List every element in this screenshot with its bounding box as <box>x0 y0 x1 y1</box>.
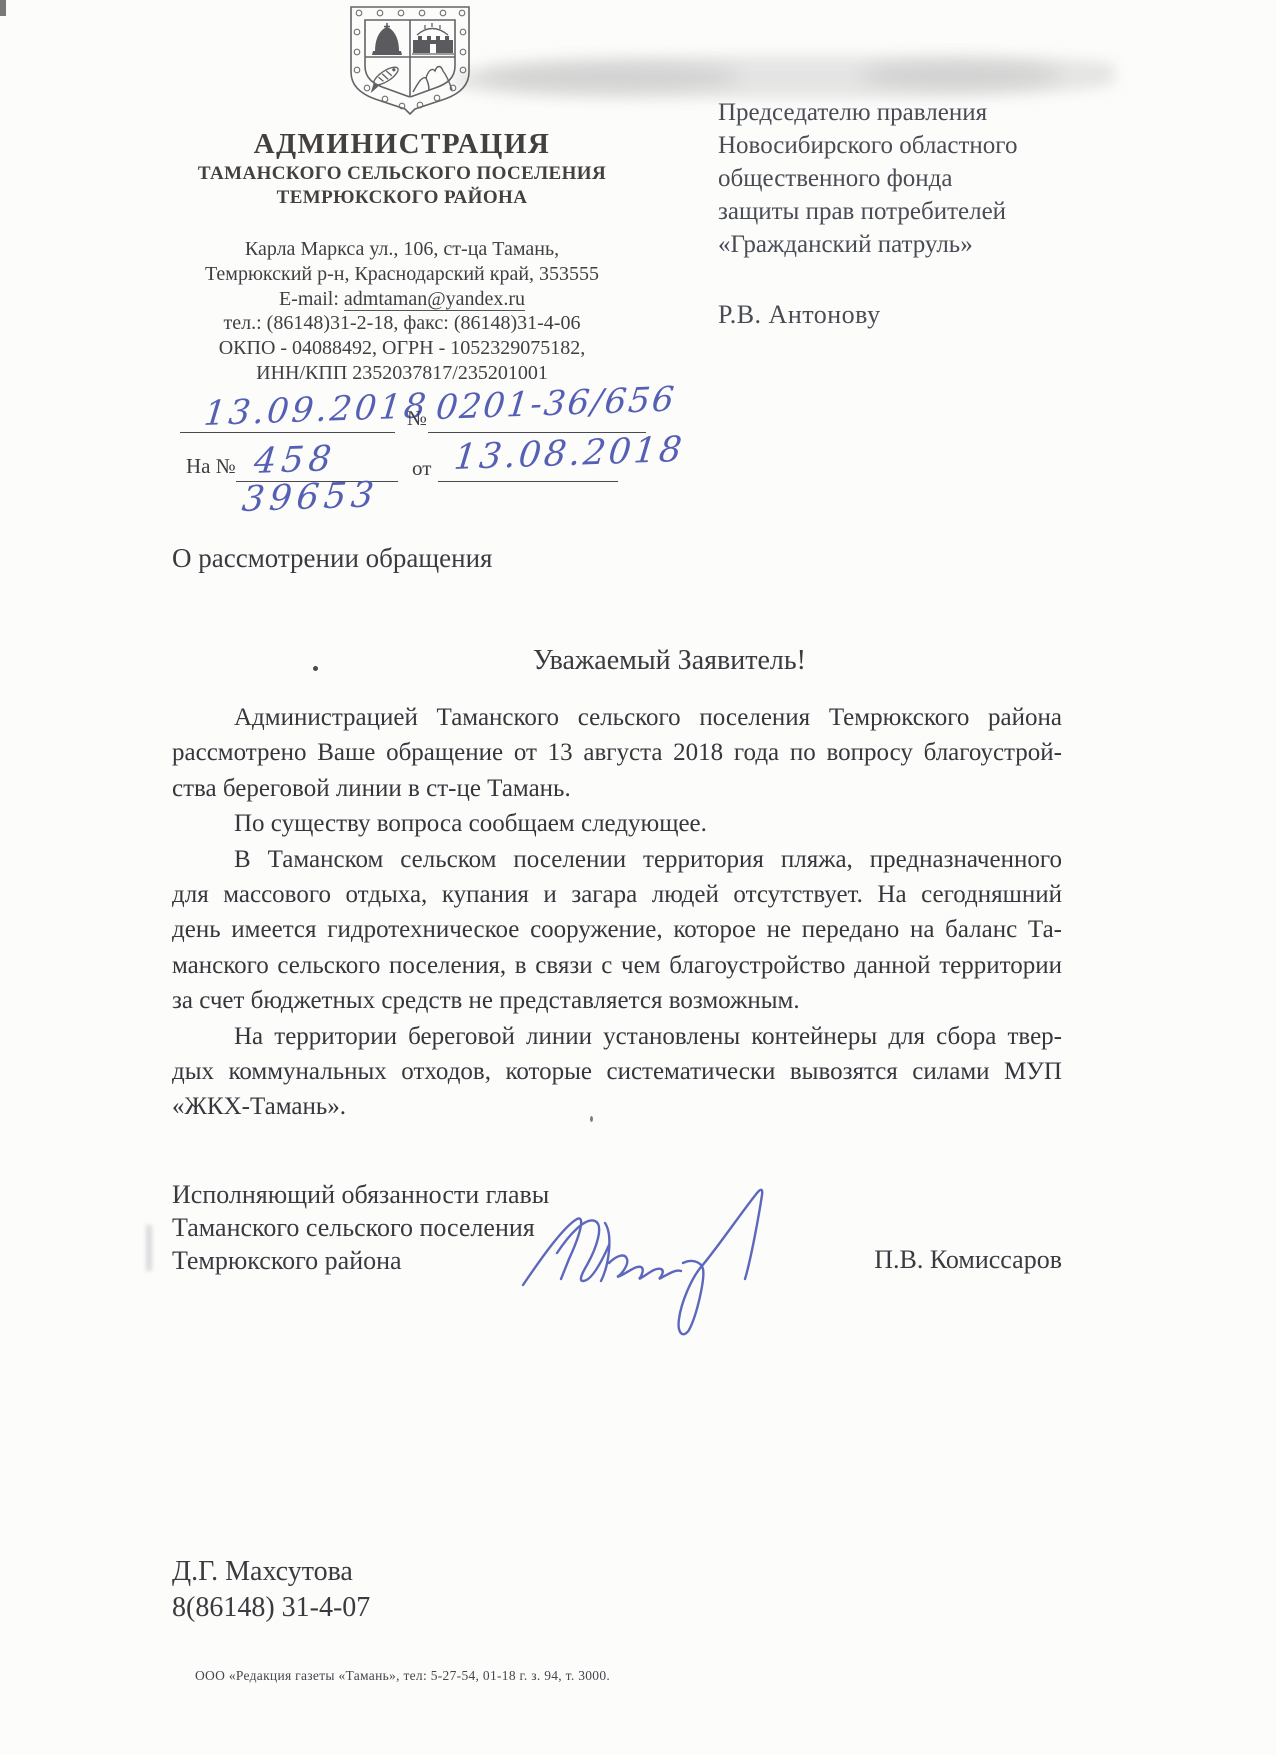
recipient-line: Председателю правления <box>718 96 1138 129</box>
email-label: E-mail: <box>279 288 344 310</box>
org-contact-block: Карла Маркса ул., 106, ст-ца Тамань, Тем… <box>152 237 652 386</box>
reply-date-handwritten: 13.08.2018 <box>452 430 686 478</box>
scan-artifact-nib <box>0 0 6 16</box>
salutation: Уважаемый Заявитель! <box>533 645 806 677</box>
scanned-letter-page: АДМИНИСТРАЦИЯ ТАМАНСКОГО СЕЛЬСКОГО ПОСЕЛ… <box>0 0 1276 1755</box>
emblem-dome <box>372 23 402 55</box>
body-line: ства береговой линии в ст-це Тамань. <box>172 771 1062 806</box>
org-phone-line: тел.: (86148)31-2-18, факс: (86148)31-4-… <box>152 311 652 336</box>
scan-artifact-dot <box>313 666 318 671</box>
body-line: день имеется гидротехническое сооружение… <box>172 912 1062 947</box>
recipient-block: Председателю правленияНовосибирского обл… <box>718 96 1138 261</box>
addressee-name: Р.В. Антонову <box>718 300 881 330</box>
org-email-line: E-mail: admtaman@yandex.ru <box>152 287 652 312</box>
org-address-line2: Темрюкский р-н, Краснодарский край, 3535… <box>152 262 652 287</box>
body-line: дых коммунальных отходов, которые систем… <box>172 1054 1062 1089</box>
recipient-line: общественного фонда <box>718 162 1138 195</box>
from-label: от <box>412 456 431 481</box>
blue-ink-signature-icon <box>505 1175 805 1340</box>
body-paragraphs: Администрацией Таманского сельского посе… <box>172 700 1062 1125</box>
recipient-line: «Гражданский патруль» <box>718 228 1138 261</box>
org-okpo-line: ОКПО - 04088492, ОГРН - 1052329075182, <box>152 336 652 361</box>
scan-artifact-band <box>480 62 740 92</box>
body-line: манского сельского поселения, в связи с … <box>172 948 1062 983</box>
executor-phone: 8(86148) 31-4-07 <box>172 1592 370 1624</box>
emblem-fortress <box>412 23 454 54</box>
body-line: По существу вопроса сообщаем следующее. <box>172 806 1062 841</box>
subject-line: О рассмотрении обращения <box>172 543 492 574</box>
recipient-line: защиты прав потребителей <box>718 195 1138 228</box>
incoming-number-handwritten: 39653 <box>240 475 380 520</box>
body-line: за счет бюджетных средств не представляе… <box>172 983 1062 1018</box>
org-name-line1: АДМИНИСТРАЦИЯ <box>152 128 652 161</box>
date-underline <box>180 432 395 433</box>
reply-to-label: На № <box>186 454 236 479</box>
signer-name: П.В. Комиссаров <box>842 1245 1062 1275</box>
reply-date-underline <box>438 481 618 482</box>
org-name-line3: ТЕМРЮКСКОГО РАЙОНА <box>152 187 652 209</box>
email-value: admtaman@yandex.ru <box>344 288 525 311</box>
recipient-line: Новосибирского областного <box>718 129 1138 162</box>
number-sign-label: № <box>407 406 427 431</box>
executor-name: Д.Г. Махсутова <box>172 1556 353 1588</box>
body-line: рассмотрено Ваше обращение от 13 августа… <box>172 735 1062 770</box>
body-line: На территории береговой линии установлен… <box>172 1019 1062 1054</box>
print-shop-note: ООО «Редакция газеты «Тамань», тел: 5-27… <box>195 1668 610 1684</box>
scan-artifact-band <box>860 60 1060 90</box>
body-line: В Таманском сельском поселении территори… <box>172 842 1062 877</box>
org-address-line1: Карла Маркса ул., 106, ст-ца Тамань, <box>152 237 652 262</box>
reply-number-handwritten: 458 <box>252 439 338 482</box>
taman-coat-of-arms-icon <box>345 4 475 116</box>
body-line: «ЖКХ-Тамань». <box>172 1089 1062 1124</box>
outgoing-number-handwritten: 0201-36/656 <box>434 379 678 428</box>
org-name-line2: ТАМАНСКОГО СЕЛЬСКОГО ПОСЕЛЕНИЯ <box>152 163 652 185</box>
outgoing-date-handwritten: 13.09.2018 <box>202 386 431 434</box>
scan-artifact-smudge <box>146 1225 152 1271</box>
body-line: Администрацией Таманского сельского посе… <box>172 700 1062 735</box>
body-line: для массового отдыха, купания и загара л… <box>172 877 1062 912</box>
